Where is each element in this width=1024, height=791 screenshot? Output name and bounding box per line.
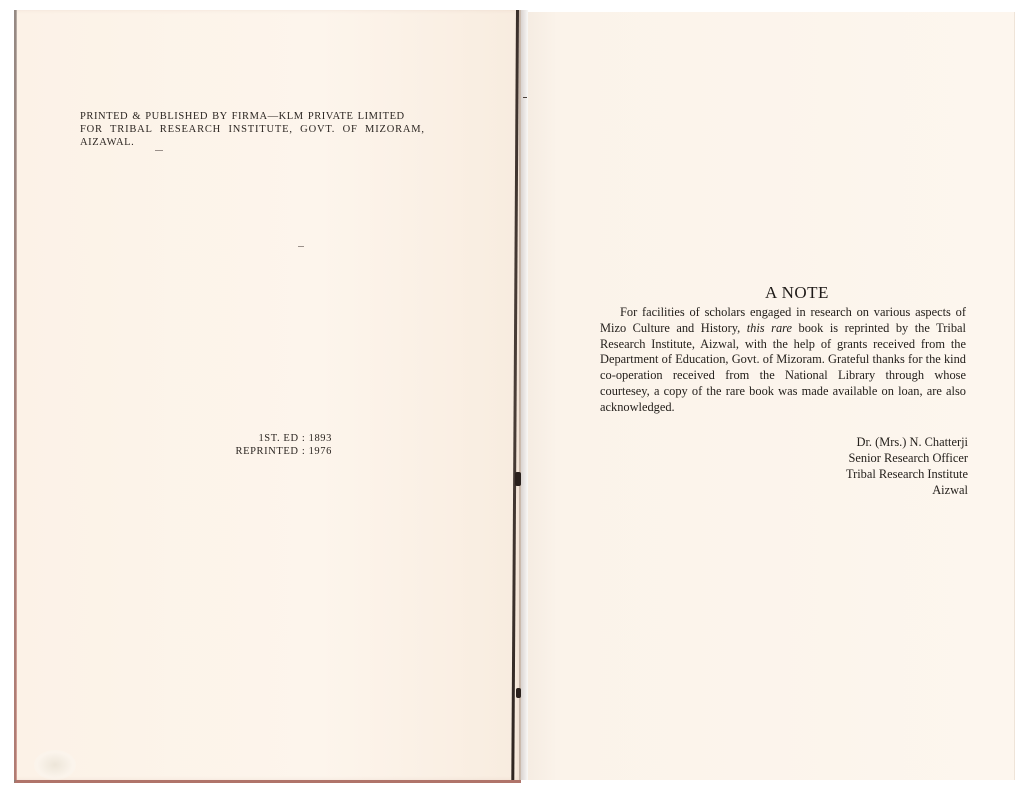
decorative-dash	[523, 97, 527, 98]
imprint-line: FOR TRIBAL RESEARCH INSTITUTE, GOVT. OF …	[80, 123, 460, 136]
paper-stain	[34, 750, 76, 780]
first-edition: 1ST. ED : 1893	[200, 432, 332, 445]
book-spread: PRINTED & PUBLISHED BY FIRMA—KLM PRIVATE…	[0, 0, 1024, 791]
signatory-name: Dr. (Mrs.) N. Chatterji	[760, 434, 968, 450]
note-title: A NOTE	[597, 283, 997, 303]
imprint-line: AIZAWAL.	[80, 136, 460, 149]
signature-block: Dr. (Mrs.) N. Chatterji Senior Research …	[760, 434, 968, 498]
reprint-year: REPRINTED : 1976	[200, 445, 332, 458]
imprint-line: PRINTED & PUBLISHED BY FIRMA—KLM PRIVATE…	[80, 110, 460, 123]
signatory-designation: Senior Research Officer	[760, 450, 968, 466]
decorative-dash	[298, 246, 304, 247]
note-body: For facilities of scholars engaged in re…	[600, 305, 966, 416]
signatory-place: Aizwal	[760, 482, 968, 498]
binding-mark	[515, 472, 521, 486]
decorative-dash	[155, 150, 163, 151]
signatory-organization: Tribal Research Institute	[760, 466, 968, 482]
imprint-block: PRINTED & PUBLISHED BY FIRMA—KLM PRIVATE…	[80, 110, 460, 149]
note-italic-text: this rare	[747, 321, 792, 335]
edition-block: 1ST. ED : 1893 REPRINTED : 1976	[200, 432, 332, 458]
binding-mark	[516, 688, 521, 698]
spine-shadow	[519, 10, 528, 780]
